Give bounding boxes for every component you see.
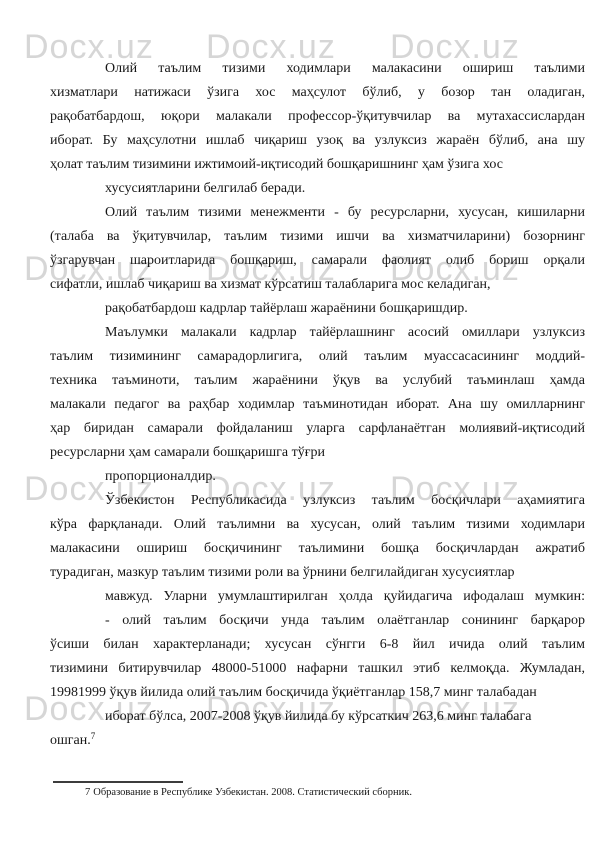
text-line: ҳолат таълим тизимини ижтимоий-иқтисодий… <box>50 153 585 177</box>
text-line: - олий таълим босқичи унда таълим олаётг… <box>50 609 585 633</box>
footnote-marker: 7 <box>85 787 90 798</box>
text-line: кўра фарқланади. Олий таълимни ва хусуса… <box>50 513 585 537</box>
text-line: Ўзбекистон Республикасида узлуксиз таъли… <box>50 489 585 513</box>
text-line: (талаба ва ўқитувчилар, таълим тизими иш… <box>50 225 585 249</box>
text-line: ўсиши билан характерланади; хусусан сўнг… <box>50 633 585 657</box>
text-line: рақобатбардош, юқори малакали профессор-… <box>50 105 585 129</box>
text-line: мавжуд. Уларни умумлаштирилган ҳолда қуй… <box>50 585 585 609</box>
text-line: ресурсларни ҳам самарали бошқаришга тўғр… <box>50 441 585 465</box>
text-line: сифатли, ишлаб чиқариш ва хизмат кўрсати… <box>50 273 585 297</box>
text-line: ўзгарувчан шароитларида бошқариш, самара… <box>50 249 585 273</box>
footnote-text: Образование в Республике Узбекистан. 200… <box>93 787 412 798</box>
footnote-ref: 7 <box>91 731 96 741</box>
page: Docx.uzDocx.uzDocx.uzDocx.uzDocx.uzDocx.… <box>0 0 595 842</box>
text-line: 19981999 ўқув йилида олий таълим босқичи… <box>50 681 585 705</box>
footnote: 7Образование в Республике Узбекистан. 20… <box>85 786 565 800</box>
text-line: Маълумки малакали кадрлар тайёрлашнинг а… <box>50 321 585 345</box>
text-line: рақобатбардош кадрлар тайёрлаш жараёнини… <box>50 297 585 321</box>
text-line: малакали педагог ва раҳбар ходимлар таъм… <box>50 393 585 417</box>
text-line: Олий таълим тизими ходимлари малакасини … <box>50 57 585 81</box>
document-body: Олий таълим тизими ходимлари малакасини … <box>50 57 585 753</box>
text-line: ҳар биридан самарали фойдаланиш уларга с… <box>50 417 585 441</box>
text-line: иборат бўлса, 2007-2008 ўқув йилида бу к… <box>50 705 585 729</box>
text-line: техника таъминоти, таълим жараёнини ўқув… <box>50 369 585 393</box>
text-line: тизимини битирувчилар 48000-51000 нафарн… <box>50 657 585 681</box>
text-line: Олий таълим тизими менежменти - бу ресур… <box>50 201 585 225</box>
text-line: ошган.7 <box>50 729 585 753</box>
text-line: иборат. Бу маҳсулотни ишлаб чиқариш узоқ… <box>50 129 585 153</box>
text-line: малакасини ошириш босқичининг таълимини … <box>50 537 585 561</box>
footnote-separator <box>53 781 183 783</box>
text-line: хизматлари натижаси ўзига хос маҳсулот б… <box>50 81 585 105</box>
text-line: пропорционалдир. <box>50 465 585 489</box>
text-line: хусусиятларини белгилаб беради. <box>50 177 585 201</box>
text-line: турадиган, мазкур таълим тизими роли ва … <box>50 561 585 585</box>
text-line: таълим тизимининг самарадорлигига, олий … <box>50 345 585 369</box>
